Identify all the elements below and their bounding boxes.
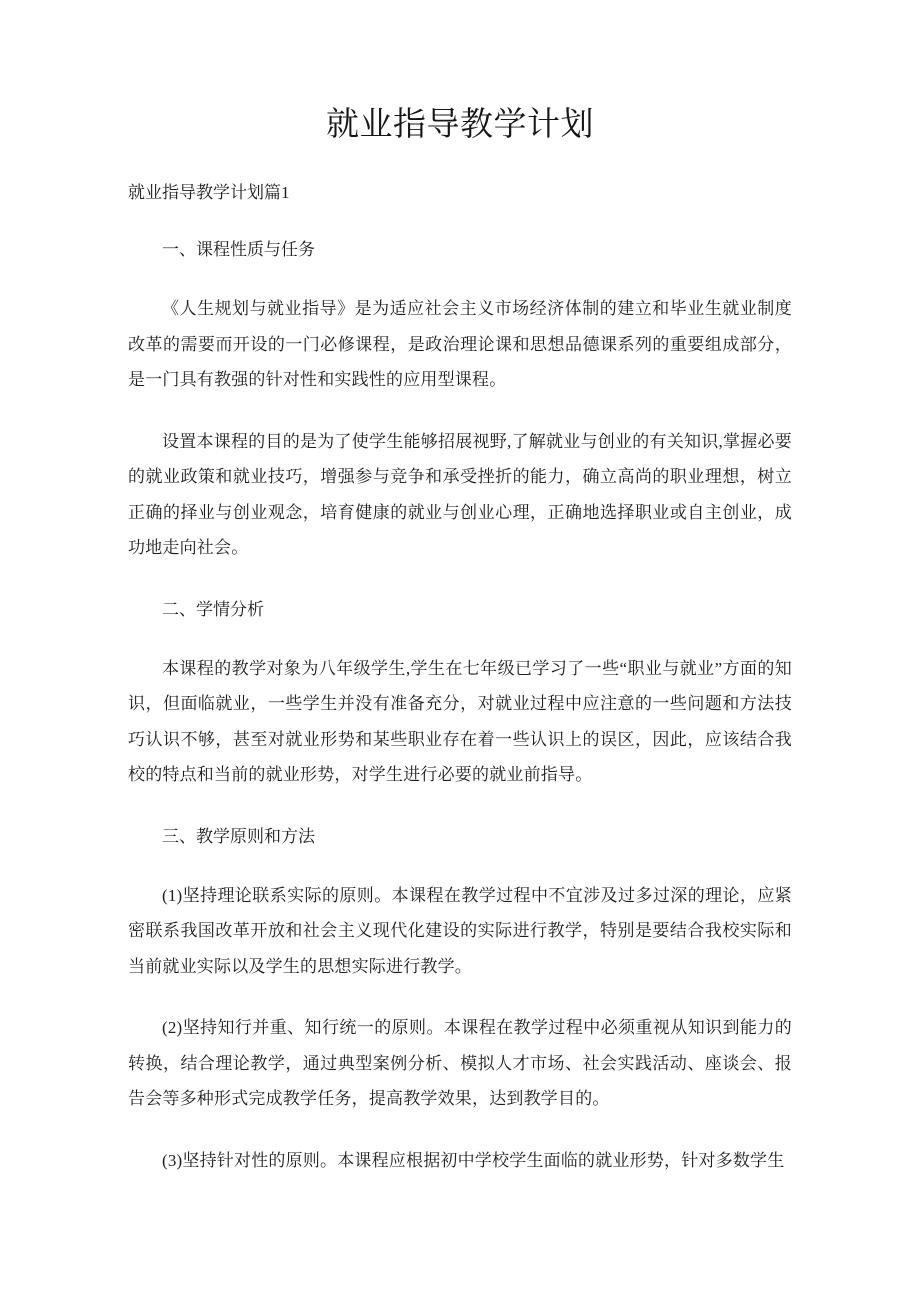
section-heading-2: 二、学情分析: [128, 592, 792, 627]
paragraph: (2)坚持知行并重、知行统一的原则。本课程在教学过程中必须重视从知识到能力的转换…: [128, 1010, 792, 1117]
section-heading-1: 一、课程性质与任务: [128, 232, 792, 267]
paragraph: 本课程的教学对象为八年级学生,学生在七年级已学习了一些“职业与就业”方面的知识，…: [128, 651, 792, 793]
document-title: 就业指导教学计划: [128, 0, 792, 148]
paragraph: (3)坚持针对性的原则。本课程应根据初中学校学生面临的就业形势，针对多数学生: [128, 1143, 792, 1179]
paragraph: 《人生规划与就业指导》是为适应社会主义市场经济体制的建立和毕业生就业制度改革的需…: [128, 291, 792, 398]
section-heading-3: 三、教学原则和方法: [128, 819, 792, 854]
paragraph: (1)坚持理论联系实际的原则。本课程在教学过程中不宜涉及过多过深的理论，应紧密联…: [128, 878, 792, 985]
paragraph: 设置本课程的目的是为了使学生能够招展视野,了解就业与创业的有关知识,掌握必要的就…: [128, 424, 792, 566]
document-subtitle: 就业指导教学计划篇1: [128, 175, 792, 210]
document-page: 就业指导教学计划 就业指导教学计划篇1 一、课程性质与任务 《人生规划与就业指导…: [0, 0, 920, 1301]
